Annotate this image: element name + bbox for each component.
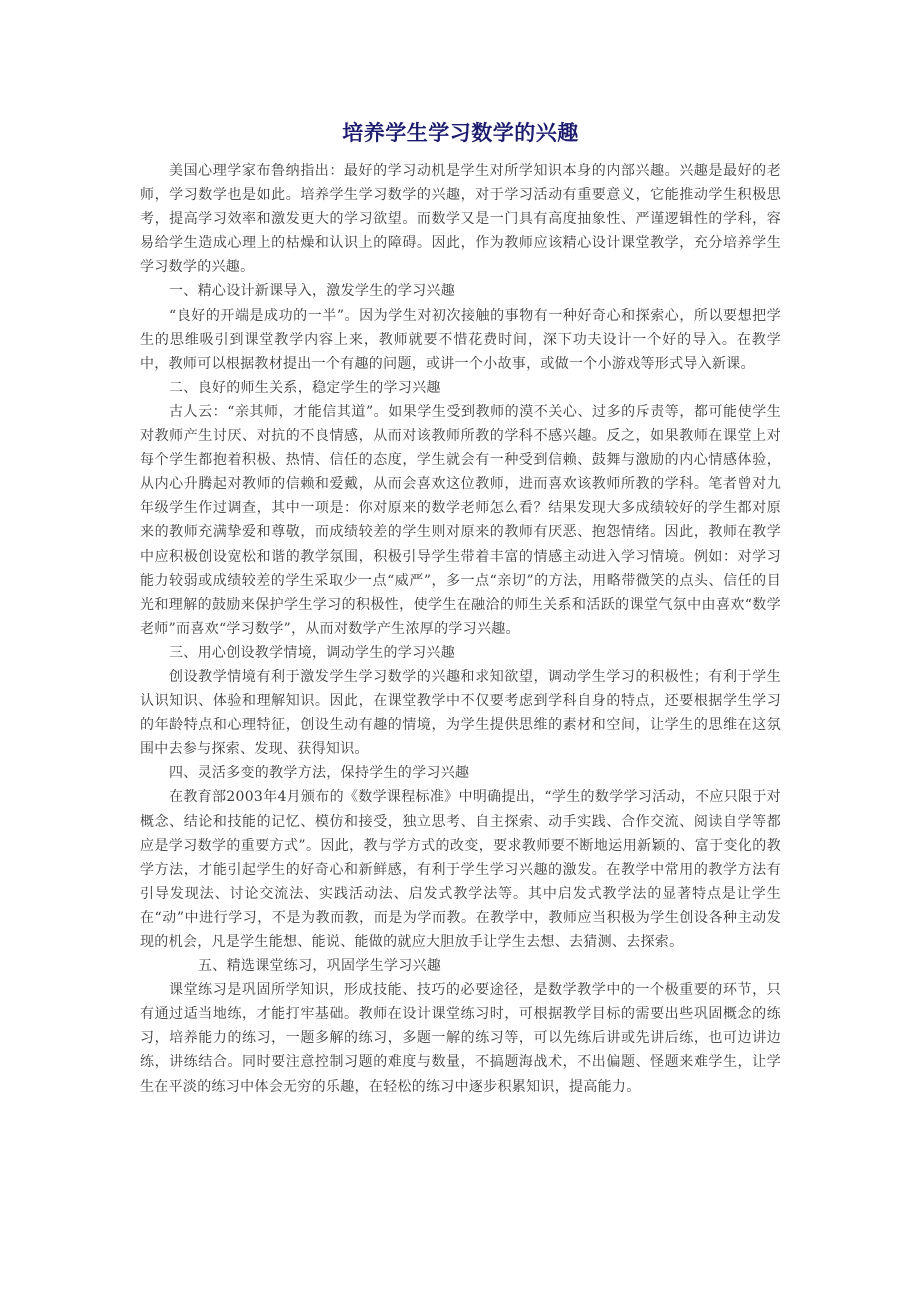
section-1-body: “良好的开端是成功的一半”。因为学生对初次接触的事物有一种好奇心和探索心，所以要… xyxy=(140,304,781,376)
section-5-body: 课堂练习是巩固所学知识，形成技能、技巧的必要途径，是数学教学中的一个极重要的环节… xyxy=(140,978,781,1098)
section-4-body: 在教育部2003年4月颁布的《数学课程标准》中明确提出，“学生的数学学习活动，不… xyxy=(140,785,781,954)
section-3-body: 创设教学情境有利于激发学生学习数学的兴趣和求知欲望，调动学生学习的积极性；有利于… xyxy=(140,665,781,761)
section-2-body: 古人云：“亲其师，才能信其道”。如果学生受到教师的漠不关心、过多的斥责等，都可能… xyxy=(140,400,781,641)
section-4-heading: 四、灵活多变的教学方法，保持学生的学习兴趣 xyxy=(140,761,781,785)
document-page: 培养学生学习数学的兴趣 美国心理学家布鲁纳指出：最好的学习动机是学生对所学知识本… xyxy=(140,118,781,1099)
section-2-heading: 二、良好的师生关系，稳定学生的学习兴趣 xyxy=(140,376,781,400)
section-1-heading: 一、精心设计新课导入，激发学生的学习兴趣 xyxy=(140,279,781,303)
section-3-heading: 三、用心创设教学情境，调动学生的学习兴趣 xyxy=(140,641,781,665)
document-title: 培养学生学习数学的兴趣 xyxy=(140,118,781,148)
section-5-heading: 五、精选课堂练习，巩固学生学习兴趣 xyxy=(140,954,781,978)
intro-paragraph: 美国心理学家布鲁纳指出：最好的学习动机是学生对所学知识本身的内部兴趣。兴趣是最好… xyxy=(140,159,781,279)
